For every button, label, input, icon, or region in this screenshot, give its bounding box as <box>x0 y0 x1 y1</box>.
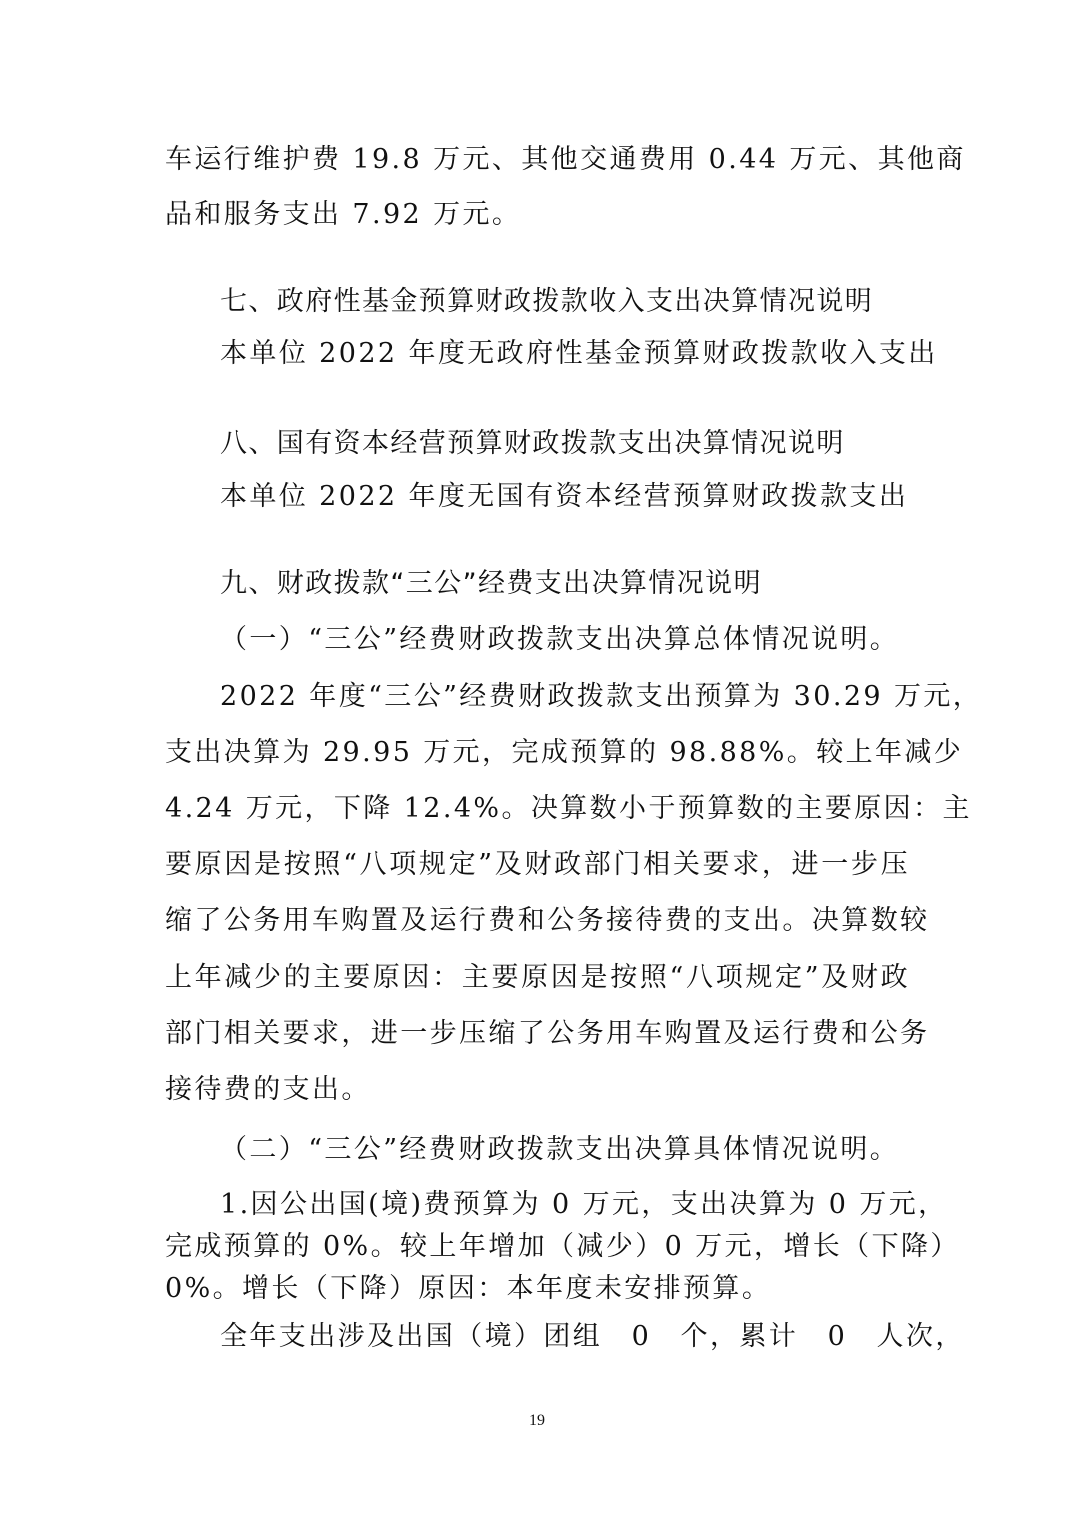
body-text-line: 全年支出涉及出国（境）团组 0 个，累计 0 人次， <box>220 1320 910 1354</box>
body-text-line: 4.24 万元，下降 12.4%。决算数小于预算数的主要原因：主 <box>165 792 910 826</box>
body-text-line: 0%。增长（下降）原因：本年度未安排预算。 <box>165 1272 910 1306</box>
body-text-line: 部门相关要求，进一步压缩了公务用车购置及运行费和公务 <box>165 1017 910 1051</box>
body-text-line: 要原因是按照“八项规定”及财政部门相关要求，进一步压 <box>165 848 910 882</box>
page-number: 19 <box>0 1412 1074 1430</box>
body-text-line: 1.因公出国(境)费预算为 0 万元，支出决算为 0 万元， <box>220 1188 910 1222</box>
body-text-line: 2022 年度“三公”经费财政拨款支出预算为 30.29 万元， <box>220 680 910 714</box>
body-text-line: 上年减少的主要原因：主要原因是按照“八项规定”及财政 <box>165 961 910 995</box>
body-text-line: 本单位 2022 年度无政府性基金预算财政拨款收入支出 <box>220 337 965 371</box>
body-text-line: 车运行维护费 19.8 万元、其他交通费用 0.44 万元、其他商 <box>165 143 910 177</box>
body-text-line: 缩了公务用车购置及运行费和公务接待费的支出。决算数较 <box>165 904 910 938</box>
body-text-line: 接待费的支出。 <box>165 1073 910 1107</box>
body-text-line: 完成预算的 0%。较上年增加（减少）0 万元，增长（下降） <box>165 1230 910 1264</box>
subsection-heading-2: （二）“三公”经费财政拨款支出决算具体情况说明。 <box>220 1133 965 1167</box>
section-heading-7: 七、政府性基金预算财政拨款收入支出决算情况说明 <box>220 285 965 319</box>
body-text-line: 品和服务支出 7.92 万元。 <box>165 198 910 232</box>
body-text-line: 本单位 2022 年度无国有资本经营预算财政拨款支出 <box>220 480 965 514</box>
section-heading-9: 九、财政拨款“三公”经费支出决算情况说明 <box>220 567 965 601</box>
subsection-heading-1: （一）“三公”经费财政拨款支出决算总体情况说明。 <box>220 623 965 657</box>
section-heading-8: 八、国有资本经营预算财政拨款支出决算情况说明 <box>220 427 965 461</box>
body-text-line: 支出决算为 29.95 万元，完成预算的 98.88%。较上年减少 <box>165 736 910 770</box>
